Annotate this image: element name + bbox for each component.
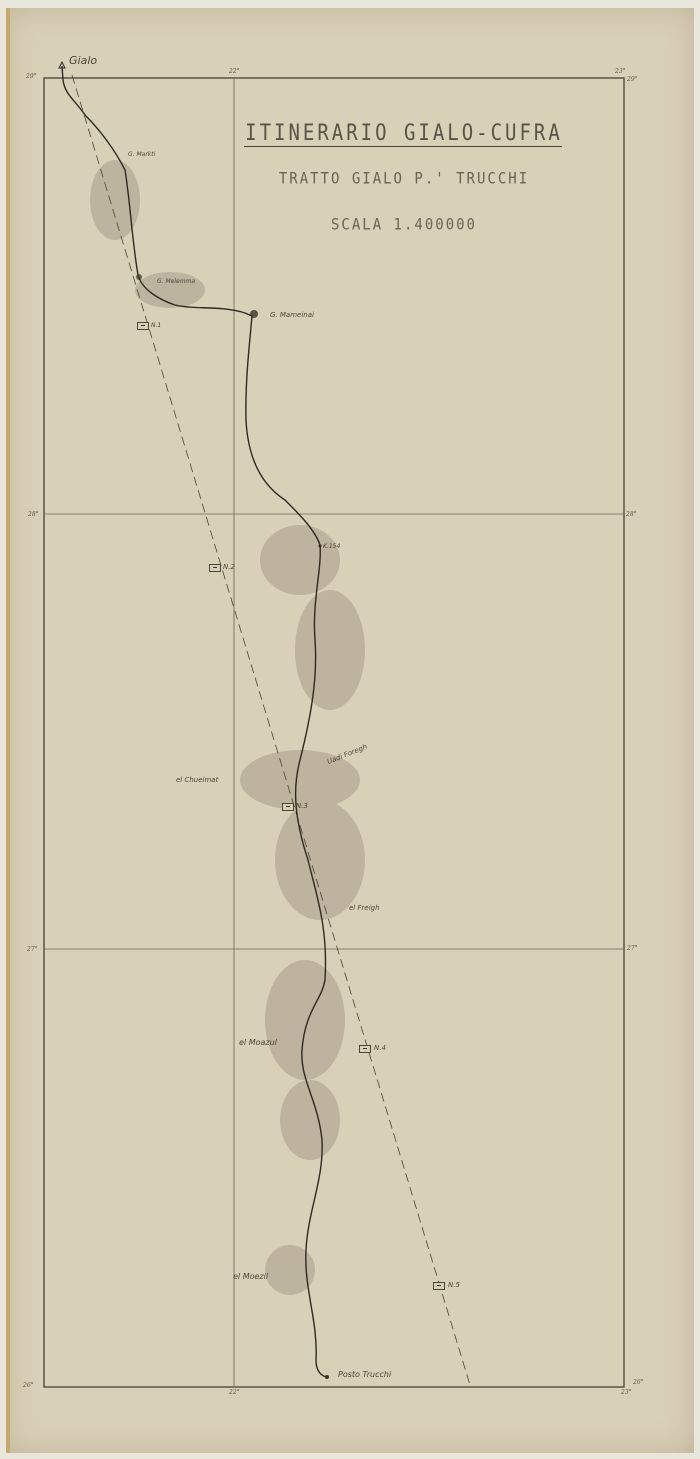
coord-mid1-left-lat: 28° — [28, 511, 39, 518]
waypoint-n4-label: N.4 — [374, 1044, 386, 1052]
coord-bottom-left-lat: 26° — [23, 1382, 34, 1389]
g-melemma-mark — [136, 274, 142, 280]
map-scale: SCALA 1.400000 — [244, 216, 564, 234]
posto-trucchi-mark — [325, 1375, 329, 1379]
coord-top-left-lat: 29° — [26, 73, 37, 80]
label-posto-trucchi: Posto Trucchi — [338, 1370, 391, 1379]
waypoint-n3-label: N.3 — [296, 802, 308, 810]
coord-mid2-left-lat: 27° — [27, 946, 38, 953]
waypoint-n1-icon — [137, 322, 149, 330]
map-frame — [44, 78, 624, 1387]
label-el-chueimat: el Chueimat — [176, 776, 218, 784]
k154-mark — [319, 545, 322, 548]
terrain-shading — [90, 160, 365, 1295]
label-g-markti: G. Markti — [128, 151, 155, 158]
coord-mid1-right-lat: 28° — [626, 511, 637, 518]
waypoint-n3-icon — [282, 803, 294, 811]
direct-line-dashed — [72, 75, 470, 1385]
waypoint-n5-icon — [433, 1282, 445, 1290]
waypoint-n5-label: N.5 — [448, 1281, 460, 1289]
label-k154: K.154 — [323, 543, 340, 550]
coord-bottom-right-lon: 23° — [621, 1389, 632, 1396]
label-g-melemma: G. Melemma — [157, 278, 195, 285]
title-underline — [244, 146, 562, 147]
waypoint-n2-label: N.2 — [223, 563, 235, 571]
map-title: ITINERARIO GIALO-CUFRA — [244, 120, 564, 145]
waypoint-n2-icon — [209, 564, 221, 572]
label-gialo: Gialo — [69, 54, 97, 67]
coord-bottom-right-lat: 26° — [633, 1379, 644, 1386]
map-subtitle: TRATTO GIALO P.' TRUCCHI — [244, 170, 564, 188]
waypoint-n1-label: N.1 — [151, 322, 161, 329]
coord-mid2-right-lat: 27° — [627, 945, 638, 952]
g-mameinai-mark — [250, 310, 258, 318]
coord-top-right-lat: 29° — [627, 76, 638, 83]
label-el-moezil: el Moezil — [233, 1272, 268, 1281]
route-line — [62, 66, 326, 1377]
label-el-moazul: el Moazul — [239, 1038, 277, 1047]
coord-top-right-lon: 23° — [615, 68, 626, 75]
waypoint-n4-icon — [359, 1045, 371, 1053]
label-g-mameinai: G. Mameinai — [270, 311, 314, 319]
coord-top-mid-lon: 22° — [229, 68, 240, 75]
label-el-freigh: el Freigh — [349, 904, 380, 912]
coord-bottom-mid-lon: 22° — [229, 1389, 240, 1396]
